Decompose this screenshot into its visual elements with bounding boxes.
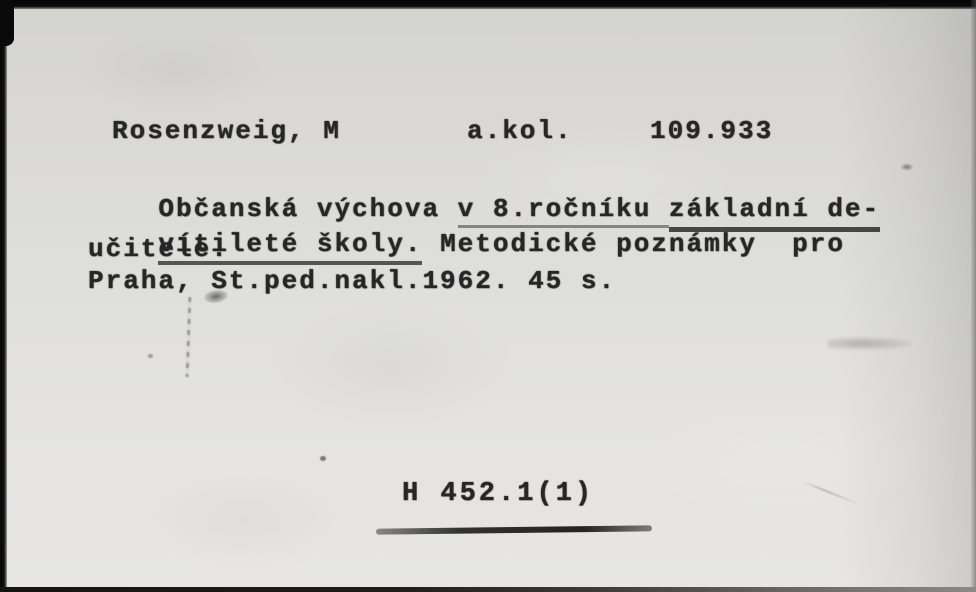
accession-number: 109.933	[650, 116, 773, 146]
dust-speck	[148, 354, 153, 358]
title-line-3: učitele.	[88, 234, 229, 264]
dust-speck	[320, 456, 326, 461]
scan-corner-top-left	[0, 0, 14, 46]
scratch-mark-diagonal	[802, 480, 860, 505]
dust-speck	[900, 163, 914, 171]
call-number-underline	[376, 525, 652, 534]
contributor-abbreviation: a.kol.	[467, 116, 573, 146]
call-number: H 452.1(1)	[402, 479, 594, 509]
scan-border-top	[0, 0, 976, 9]
scan-border-left	[0, 0, 7, 592]
scratch-mark-vertical	[186, 297, 192, 377]
smudge-right-margin	[828, 337, 912, 350]
subtitle-text: Metodické poznámky pro	[422, 229, 844, 259]
scan-border-bottom	[0, 587, 976, 592]
scan-border-right	[971, 0, 976, 592]
author-name: Rosenzweig, M	[112, 116, 341, 146]
catalog-card-scan: Rosenzweig, M a.kol. 109.933 Občanská vý…	[0, 0, 976, 592]
imprint-line: Praha, St.ped.nakl.1962. 45 s.	[88, 266, 616, 296]
